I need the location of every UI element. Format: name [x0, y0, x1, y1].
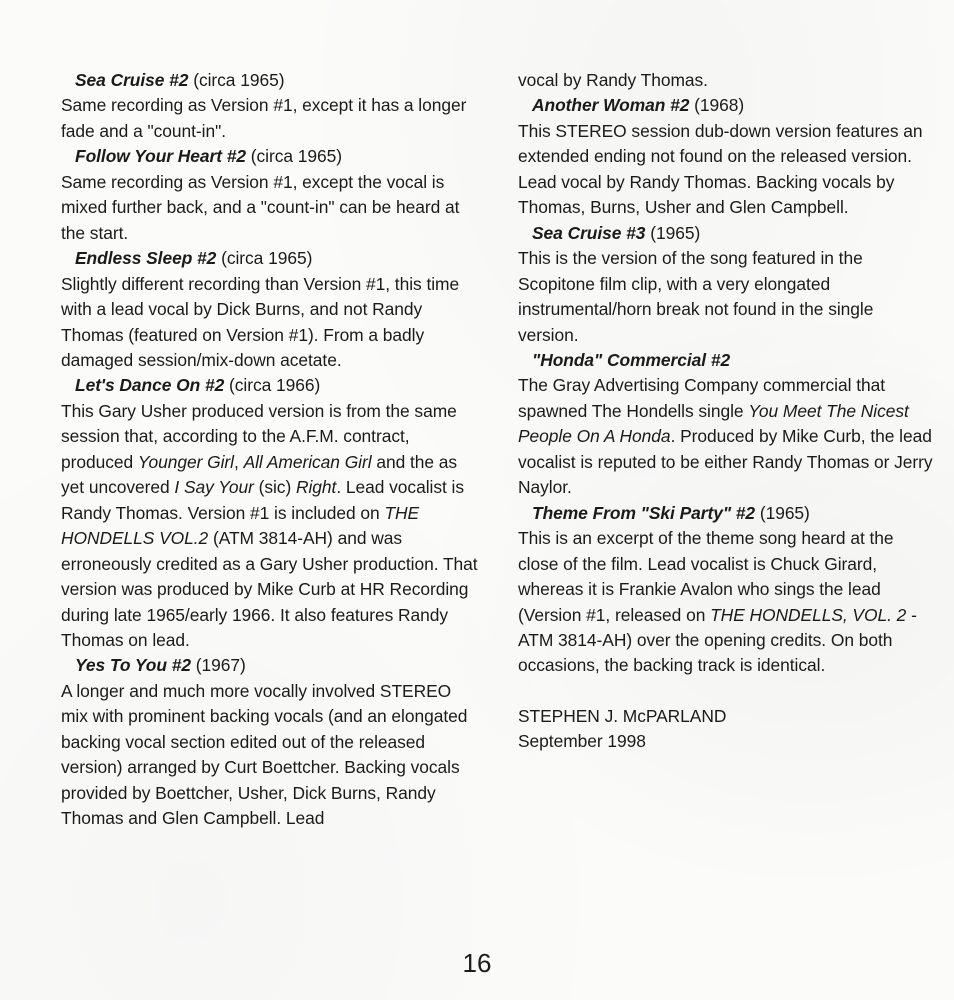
body-text: ,	[234, 452, 244, 472]
entry-body: A longer and much more vocally involved …	[61, 679, 481, 832]
song-date: (1968)	[689, 95, 744, 115]
entry-lets-dance-on-2: Let's Dance On #2 (circa 1966) This Gary…	[61, 373, 481, 653]
signature-date: September 1998	[518, 729, 938, 754]
song-reference: Younger Girl	[138, 452, 234, 472]
song-reference: I Say Your	[174, 477, 253, 497]
song-title: Let's Dance On #2	[75, 375, 224, 395]
entry-body: The Gray Advertising Company commercial …	[518, 373, 938, 500]
album-reference: THE HONDELLS, VOL. 2	[710, 605, 906, 625]
author-name: STEPHEN J. McPARLAND	[518, 704, 938, 729]
entry-heading: Yes To You #2 (1967)	[61, 653, 481, 678]
song-title: Follow Your Heart #2	[75, 146, 246, 166]
entry-sea-cruise-2: Sea Cruise #2 (circa 1965) Same recordin…	[61, 68, 481, 144]
entry-yes-to-you-2: Yes To You #2 (1967) A longer and much m…	[61, 653, 481, 831]
song-date: (circa 1965)	[246, 146, 342, 166]
song-title: Sea Cruise #3	[532, 223, 645, 243]
body-text: (sic)	[254, 477, 296, 497]
entry-heading: Another Woman #2 (1968)	[518, 93, 938, 118]
entry-heading: "Honda" Commercial #2	[518, 348, 938, 373]
entry-honda-commercial-2: "Honda" Commercial #2 The Gray Advertisi…	[518, 348, 938, 501]
entry-endless-sleep-2: Endless Sleep #2 (circa 1965) Slightly d…	[61, 246, 481, 373]
entry-another-woman-2: Another Woman #2 (1968) This STEREO sess…	[518, 93, 938, 220]
song-title: Theme From "Ski Party" #2	[532, 503, 755, 523]
entry-heading: Follow Your Heart #2 (circa 1965)	[61, 144, 481, 169]
entry-body: This is an excerpt of the theme song hea…	[518, 526, 938, 679]
entry-heading: Endless Sleep #2 (circa 1965)	[61, 246, 481, 271]
song-date: (1965)	[645, 223, 700, 243]
entry-heading: Let's Dance On #2 (circa 1966)	[61, 373, 481, 398]
page-number: 16	[0, 948, 954, 979]
continued-text: vocal by Randy Thomas.	[518, 68, 938, 93]
song-title: Sea Cruise #2	[75, 70, 188, 90]
entry-heading: Sea Cruise #3 (1965)	[518, 221, 938, 246]
song-reference: Right	[296, 477, 336, 497]
entry-body: Same recording as Version #1, except the…	[61, 170, 481, 246]
entry-body: This STEREO session dub-down version fea…	[518, 119, 938, 221]
song-title: Endless Sleep #2	[75, 248, 216, 268]
song-date: (circa 1966)	[224, 375, 320, 395]
song-title: Another Woman #2	[532, 95, 689, 115]
song-title: "Honda" Commercial #2	[532, 350, 730, 370]
song-title: Yes To You #2	[75, 655, 191, 675]
left-column: Sea Cruise #2 (circa 1965) Same recordin…	[61, 68, 481, 832]
entry-theme-from-ski-party-2: Theme From "Ski Party" #2 (1965) This is…	[518, 501, 938, 679]
entry-body: Slightly different recording than Versio…	[61, 272, 481, 374]
entry-body: Same recording as Version #1, except it …	[61, 93, 481, 144]
entry-heading: Theme From "Ski Party" #2 (1965)	[518, 501, 938, 526]
signature: STEPHEN J. McPARLAND September 1998	[518, 704, 938, 755]
song-date: (1965)	[755, 503, 810, 523]
song-date: (1967)	[191, 655, 246, 675]
entry-sea-cruise-3: Sea Cruise #3 (1965) This is the version…	[518, 221, 938, 348]
entry-follow-your-heart-2: Follow Your Heart #2 (circa 1965) Same r…	[61, 144, 481, 246]
song-date: (circa 1965)	[188, 70, 284, 90]
entry-body: This Gary Usher produced version is from…	[61, 399, 481, 654]
right-column: vocal by Randy Thomas. Another Woman #2 …	[518, 68, 938, 755]
entry-body: This is the version of the song featured…	[518, 246, 938, 348]
entry-heading: Sea Cruise #2 (circa 1965)	[61, 68, 481, 93]
song-date: (circa 1965)	[216, 248, 312, 268]
song-reference: All American Girl	[244, 452, 372, 472]
